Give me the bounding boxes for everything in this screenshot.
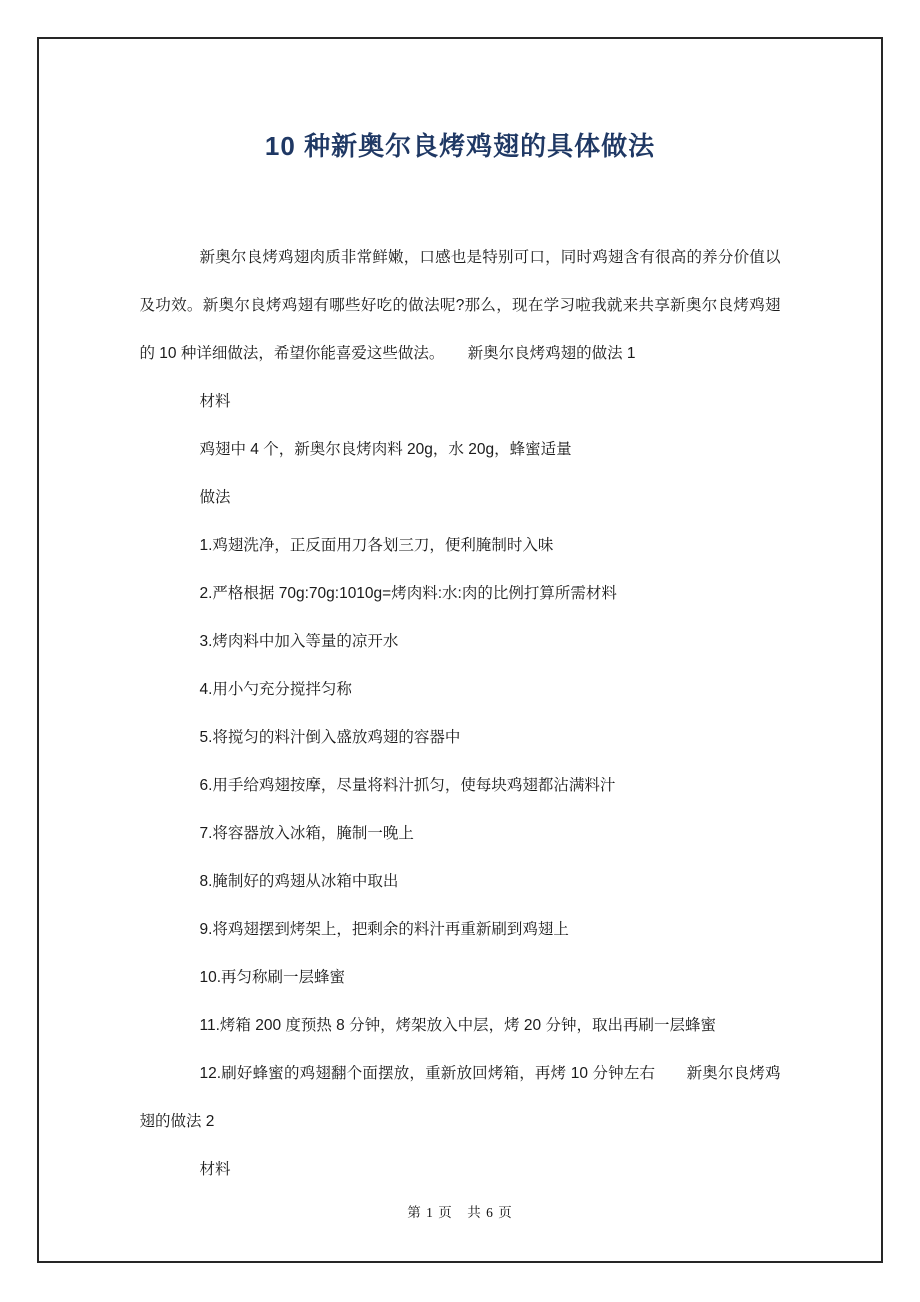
paragraph: 新奥尔良烤鸡翅肉质非常鲜嫩，口感也是特别可口，同时鸡翅含有很高的养分价值以及功效… <box>140 234 781 378</box>
paragraph: 7.将容器放入冰箱，腌制一晚上 <box>140 810 781 858</box>
page-border: 10 种新奥尔良烤鸡翅的具体做法 新奥尔良烤鸡翅肉质非常鲜嫩，口感也是特别可口，… <box>37 37 883 1263</box>
document-title: 10 种新奥尔良烤鸡翅的具体做法 <box>39 131 881 162</box>
page-footer: 第 1 页 共 6 页 <box>39 1201 881 1222</box>
paragraph: 10.再匀称刷一层蜂蜜 <box>140 954 781 1002</box>
page-number-text: 第 1 页 共 6 页 <box>407 1205 513 1220</box>
paragraph: 2.严格根据 70g:70g:1010g=烤肉料:水:肉的比例打算所需材料 <box>140 570 781 618</box>
paragraph: 5.将搅匀的料汁倒入盛放鸡翅的容器中 <box>140 714 781 762</box>
document-body: 新奥尔良烤鸡翅肉质非常鲜嫩，口感也是特别可口，同时鸡翅含有很高的养分价值以及功效… <box>140 234 781 1194</box>
paragraph: 3.烤肉料中加入等量的凉开水 <box>140 618 781 666</box>
paragraph: 材料 <box>140 1146 781 1194</box>
paragraph: 做法 <box>140 474 781 522</box>
paragraph: 9.将鸡翅摆到烤架上，把剩余的料汁再重新刷到鸡翅上 <box>140 906 781 954</box>
paragraph: 8.腌制好的鸡翅从冰箱中取出 <box>140 858 781 906</box>
paragraph: 1.鸡翅洗净，正反面用刀各划三刀，便利腌制时入味 <box>140 522 781 570</box>
document-canvas: 10 种新奥尔良烤鸡翅的具体做法 新奥尔良烤鸡翅肉质非常鲜嫩，口感也是特别可口，… <box>0 0 920 1302</box>
paragraph: 6.用手给鸡翅按摩，尽量将料汁抓匀，使每块鸡翅都沾满料汁 <box>140 762 781 810</box>
paragraph: 4.用小勺充分搅拌匀称 <box>140 666 781 714</box>
paragraph: 材料 <box>140 378 781 426</box>
paragraph: 12.刷好蜂蜜的鸡翅翻个面摆放，重新放回烤箱，再烤 10 分钟左右 新奥尔良烤鸡… <box>140 1050 781 1146</box>
paragraph: 鸡翅中 4 个，新奥尔良烤肉料 20g，水 20g，蜂蜜适量 <box>140 426 781 474</box>
paragraph: 11.烤箱 200 度预热 8 分钟，烤架放入中层，烤 20 分钟，取出再刷一层… <box>140 1002 781 1050</box>
